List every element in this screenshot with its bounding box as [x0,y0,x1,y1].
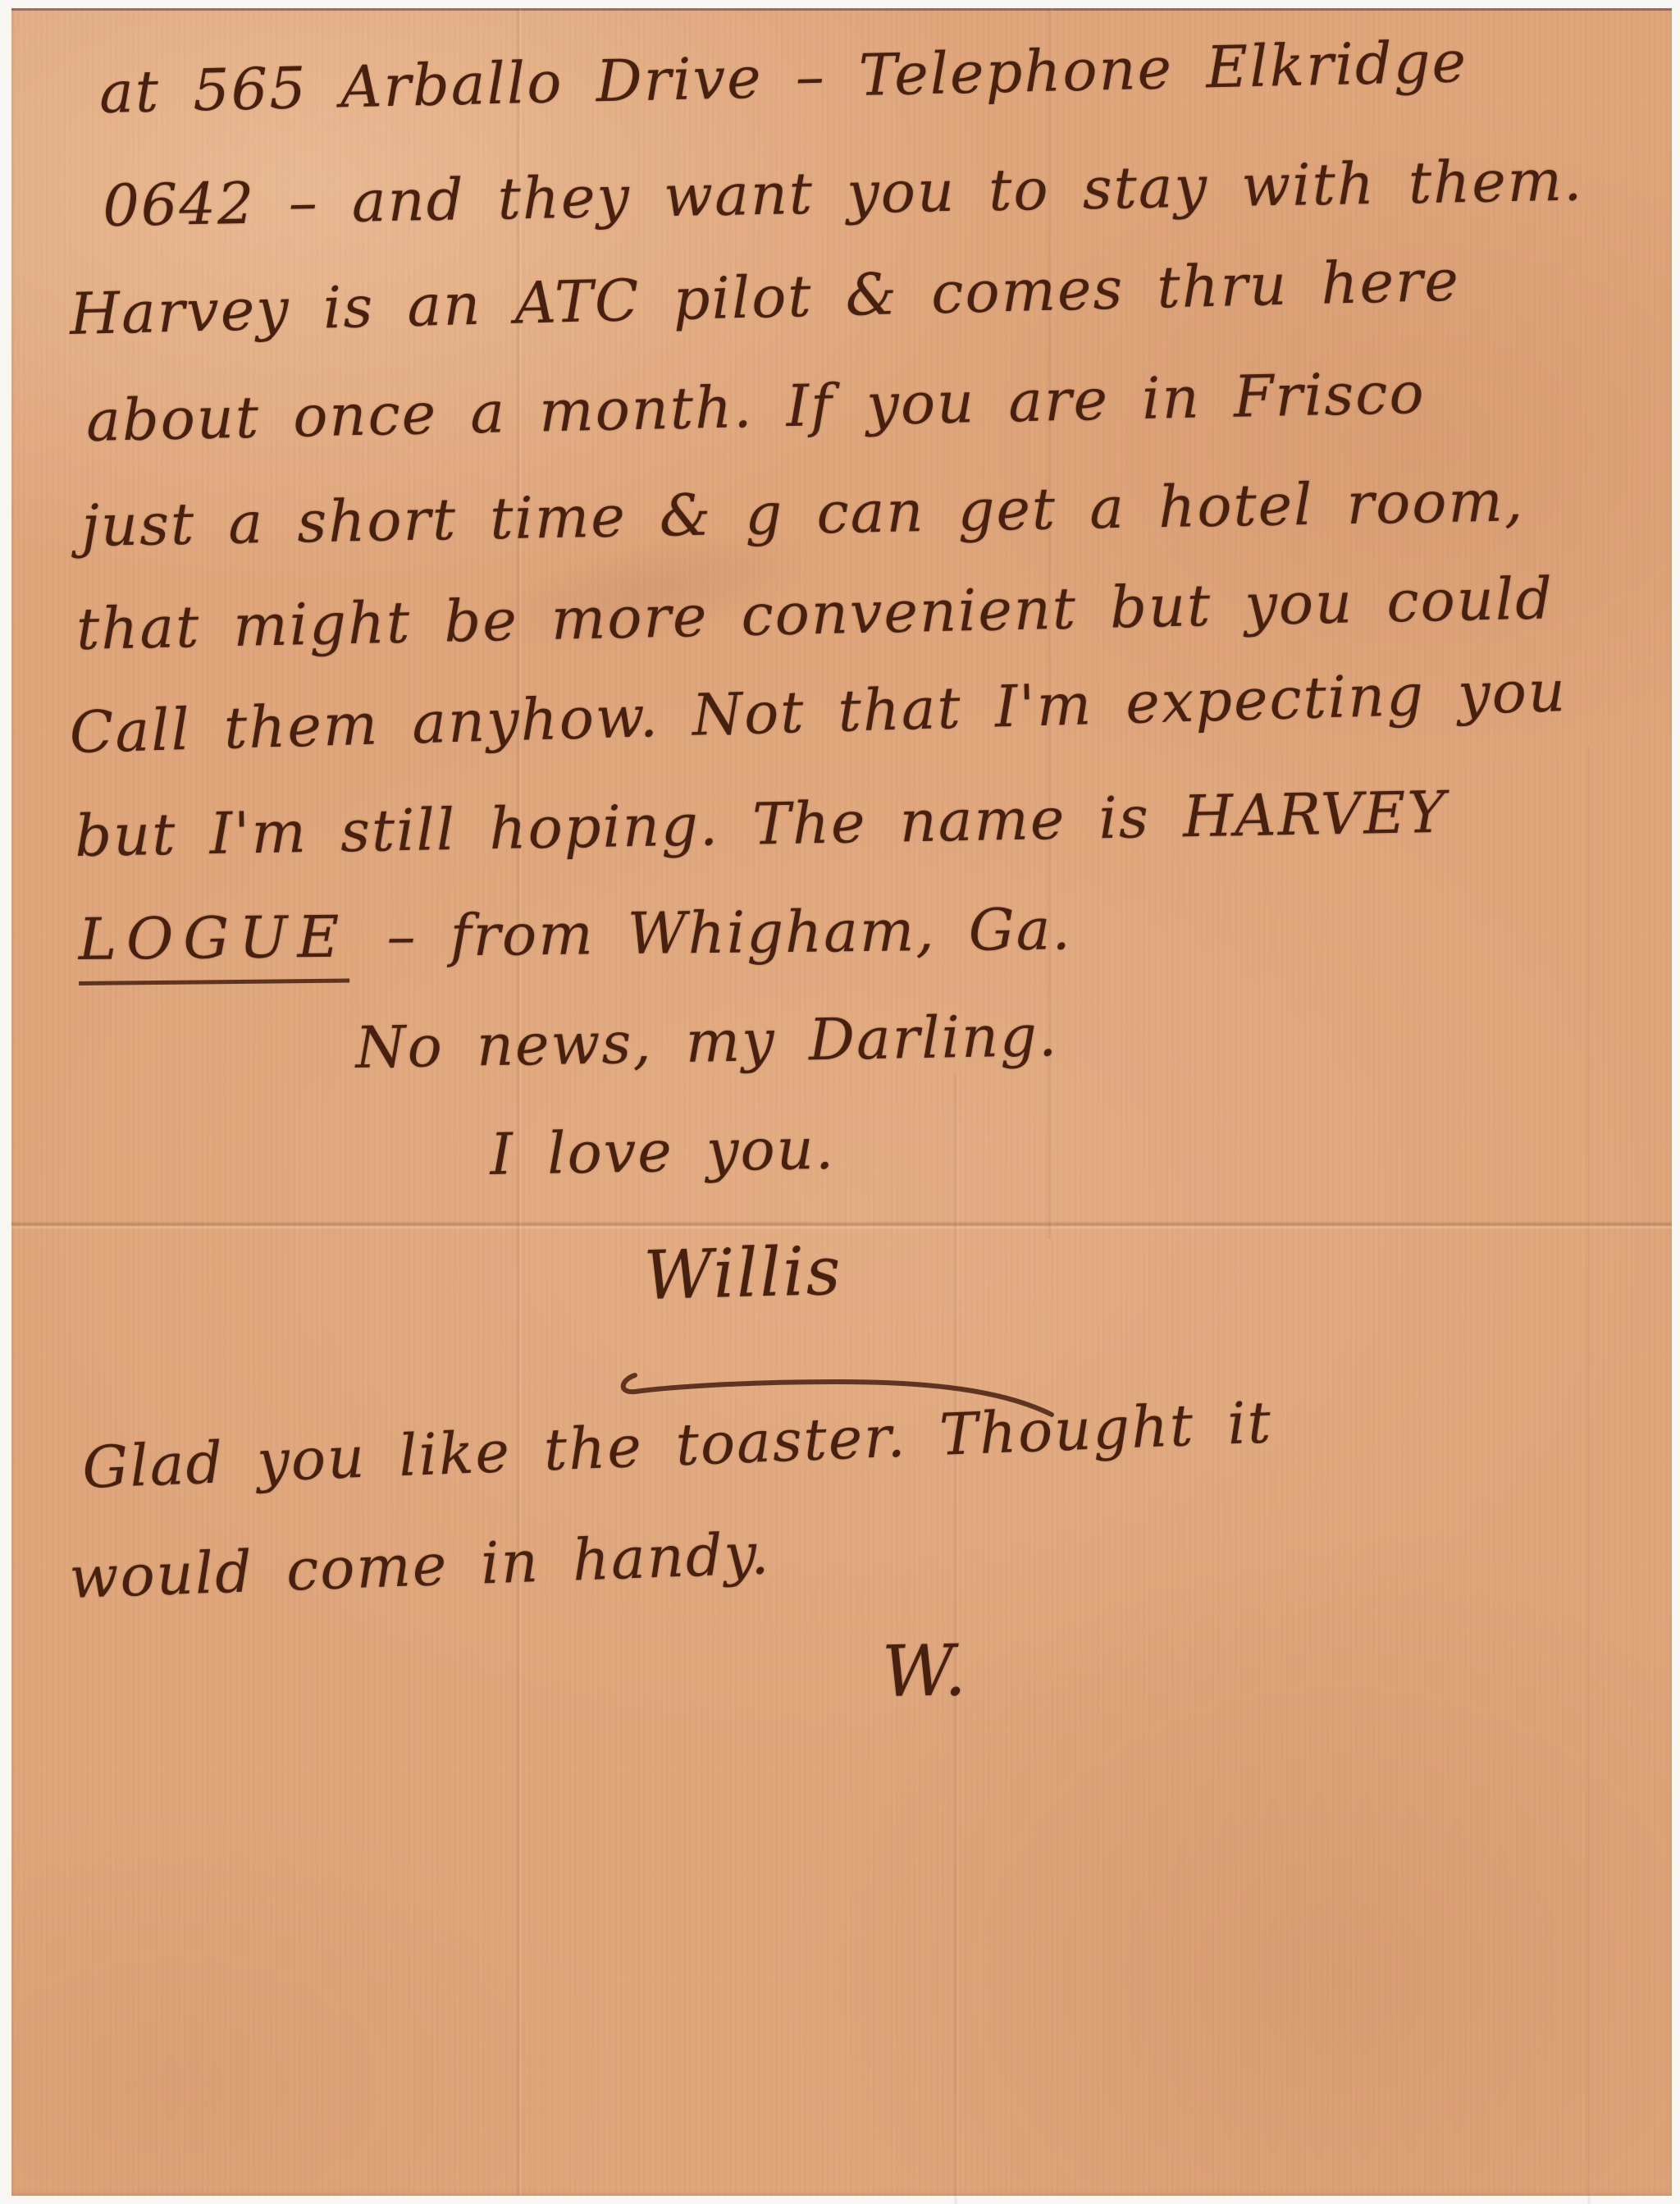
letter-line-4: about once a month. If you are in Frisco [85,359,1426,455]
letter-line-7: Call them anyhow. Not that I'm expecting… [69,657,1568,766]
letter-line-3: Harvey is an ATC pilot & comes thru here [69,247,1461,348]
letter-line-8: but I'm still hoping. The name is HARVEY [75,779,1448,870]
underlined-surname: LOGUE [78,903,349,985]
postscript-line-1: Glad you like the toaster. Thought it [81,1388,1274,1502]
closing-line-no-news: No news, my Darling. [355,1002,1059,1081]
letter-line-1: at 565 Arballo Drive – Telephone Elkridg… [98,28,1468,126]
letter-line-6: that might be more convenient but you co… [75,565,1554,663]
letter-line-5: just a short time & g can get a hotel ro… [81,467,1525,560]
letter-line-9-rest: – from Whigham, Ga. [386,895,1072,970]
letter-line-2: 0642 – and they want you to stay with th… [103,147,1584,240]
postscript-line-2: would come in handy. [68,1520,771,1612]
letter-line-9: LOGUE– from Whigham, Ga. [78,895,1072,973]
closing-line-i-love-you: I love you. [490,1115,836,1188]
horizontal-fold-crease [11,1221,1672,1229]
letter-page: at 565 Arballo Drive – Telephone Elkridg… [11,8,1672,2196]
vertical-fold-crease [1586,747,1592,2196]
postscript-initial: W. [881,1630,968,1713]
signature-willis: Willis [643,1232,843,1315]
